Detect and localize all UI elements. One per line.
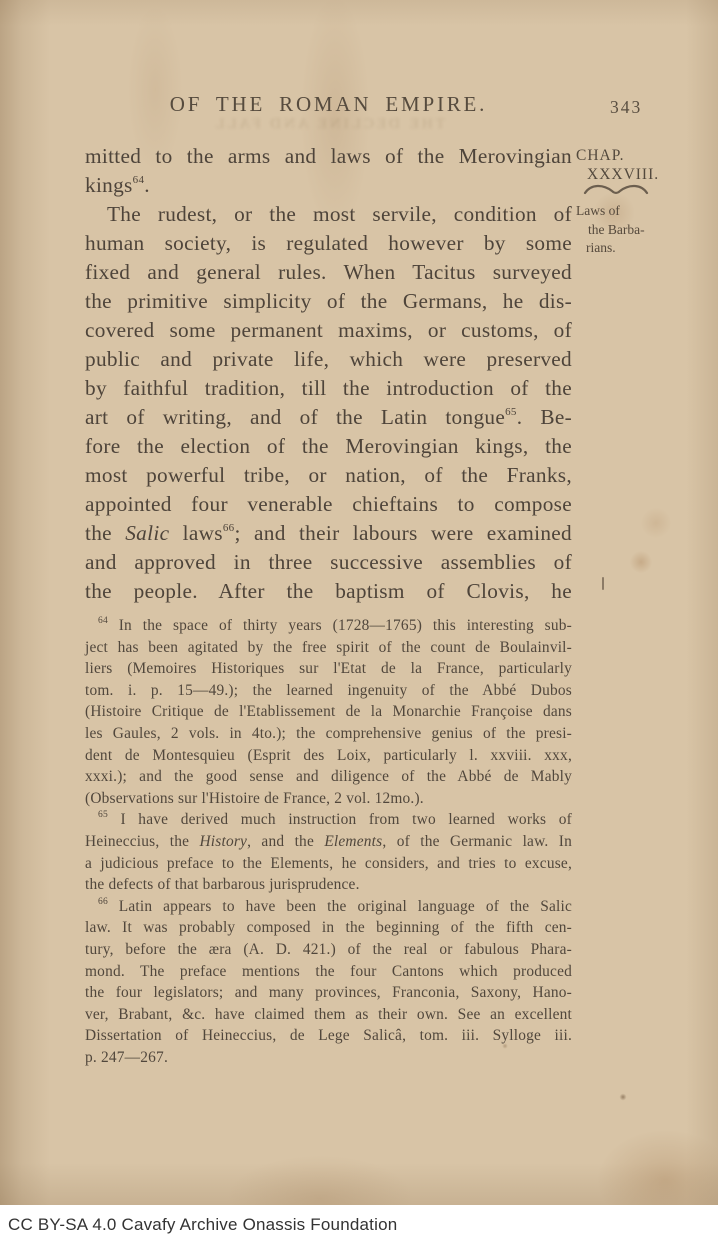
footnote-line: p. 247—267. xyxy=(85,1047,572,1069)
brace-ornament-icon xyxy=(583,182,649,197)
running-header: OF THE ROMAN EMPIRE. xyxy=(85,92,572,117)
body-text-line: covered some permanent maxims, or custom… xyxy=(85,316,572,345)
body-text-line: the people. After the baptism of Clovis,… xyxy=(85,577,572,606)
body-text-line: The rudest, or the most servile, conditi… xyxy=(85,200,572,229)
side-note: Laws ofthe Barba-rians. xyxy=(576,202,706,258)
page-number: 343 xyxy=(610,97,642,118)
body-text-line: and approved in three successive assembl… xyxy=(85,548,572,577)
footnote-reference: 64 xyxy=(98,616,108,626)
footnote-line: a judicious preface to the Elements, he … xyxy=(85,853,572,875)
attribution-bar: CC BY-SA 4.0 Cavafy Archive Onassis Foun… xyxy=(0,1205,718,1244)
book-page-scan: THE DECLINE AND FALL OF THE ROMAN EMPIRE… xyxy=(0,0,718,1205)
body-text-line: mitted to the arms and laws of the Merov… xyxy=(85,142,572,171)
footnote-reference: 65 xyxy=(98,810,108,820)
footnote-line: Dissertation of Heineccius, de Lege Sali… xyxy=(85,1025,572,1047)
footnote-line: 65 I have derived much instruction from … xyxy=(85,809,572,831)
footnotes: 64 In the space of thirty years (1728—17… xyxy=(85,615,572,1068)
footnote-reference: 66 xyxy=(223,522,235,534)
footnote-line: ject has been agitated by the free spiri… xyxy=(85,637,572,659)
footnote-line: tury, before the æra (A. D. 421.) of the… xyxy=(85,939,572,961)
footnote-64: 64 In the space of thirty years (1728—17… xyxy=(85,615,572,809)
footnote-reference: 64 xyxy=(133,174,145,186)
footnote-line: 64 In the space of thirty years (1728—17… xyxy=(85,615,572,637)
footnote-66: 66 Latin appears to have been the origin… xyxy=(85,896,572,1069)
bleedthrough-text: THE DECLINE AND FALL xyxy=(85,116,572,133)
body-text-line: kings64. xyxy=(85,171,572,200)
chapter-margin-note: CHAP. XXXVIII. xyxy=(576,146,706,184)
body-text-line: by faithful tradition, till the introduc… xyxy=(85,374,572,403)
ink-mark xyxy=(602,577,604,590)
body-text-line: the Salic laws66; and their labours were… xyxy=(85,519,572,548)
body-text: mitted to the arms and laws of the Merov… xyxy=(85,142,572,606)
body-text-line: most powerful tribe, or nation, of the F… xyxy=(85,461,572,490)
footnote-line: dent de Montesquieu (Esprit des Loix, pa… xyxy=(85,745,572,767)
body-text-line: fixed and general rules. When Tacitus su… xyxy=(85,258,572,287)
footnote-line: ver, Brabant, &c. have claimed them as t… xyxy=(85,1004,572,1026)
footnote-line: law. It was probably composed in the beg… xyxy=(85,917,572,939)
license-text: CC BY-SA 4.0 Cavafy Archive Onassis Foun… xyxy=(0,1215,397,1235)
footnote-line: liers (Memoires Historiques sur l'Etat d… xyxy=(85,658,572,680)
side-note-line: rians. xyxy=(586,239,706,258)
footnote-line: (Observations sur l'Histoire de France, … xyxy=(85,788,572,810)
body-text-line: art of writing, and of the Latin tongue6… xyxy=(85,403,572,432)
footnote-line: les Gaules, 2 vols. in 4to.); the compre… xyxy=(85,723,572,745)
body-text-line: public and private life, which were pres… xyxy=(85,345,572,374)
footnote-line: mond. The preface mentions the four Cant… xyxy=(85,961,572,983)
chapter-label: CHAP. xyxy=(576,146,706,165)
italic-text: Elements xyxy=(324,833,382,850)
footnote-reference: 66 xyxy=(98,897,108,907)
footnote-65: 65 I have derived much instruction from … xyxy=(85,809,572,895)
italic-text: History xyxy=(199,833,247,850)
footnote-line: the four legislators; and many provinces… xyxy=(85,982,572,1004)
body-text-line: appointed four venerable chieftains to c… xyxy=(85,490,572,519)
footnote-line: Heineccius, the History, and the Element… xyxy=(85,831,572,853)
side-note-line: the Barba- xyxy=(588,221,706,240)
footnote-line: tom. i. p. 15—49.); the learned ingenuit… xyxy=(85,680,572,702)
footnote-line: 66 Latin appears to have been the origin… xyxy=(85,896,572,918)
footnote-line: (Histoire Critique de l'Etablissement de… xyxy=(85,701,572,723)
italic-text: Salic xyxy=(125,521,169,545)
footnote-reference: 65 xyxy=(505,406,517,418)
body-text-line: human society, is regulated however by s… xyxy=(85,229,572,258)
footnote-line: xxxi.); and the good sense and diligence… xyxy=(85,766,572,788)
body-text-line: the primitive simplicity of the Germans,… xyxy=(85,287,572,316)
body-text-line: fore the election of the Merovingian kin… xyxy=(85,432,572,461)
footnote-line: the defects of that barbarous jurisprude… xyxy=(85,874,572,896)
side-note-line: Laws of xyxy=(576,202,706,221)
